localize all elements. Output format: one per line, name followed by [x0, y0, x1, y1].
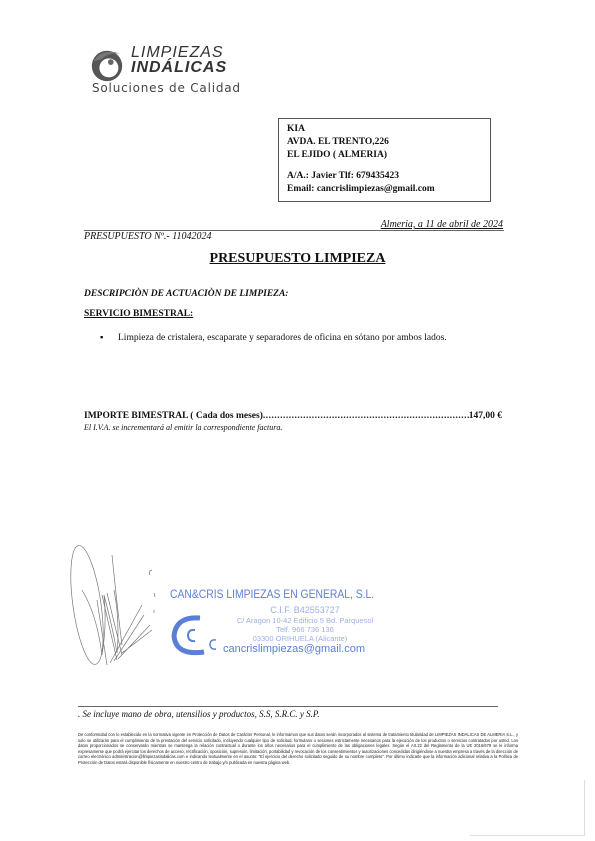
- stamp-company-name: CAN&CRIS LIMPIEZAS EN GENERAL, S.L.: [170, 589, 374, 601]
- page-title: PRESUPUESTO LIMPIEZA: [0, 251, 595, 267]
- recipient-email: Email: cancrislimpiezas@gmail.com: [287, 183, 482, 196]
- amount-value: 147,00 €: [469, 411, 502, 421]
- service-heading: SERVICIO BIMESTRAL:: [84, 309, 193, 319]
- stamp-phone: Telf. 966 736 136: [225, 625, 385, 634]
- stamp-email: cancrislimpiezas@gmail.com: [223, 643, 365, 655]
- includes-note: . Se incluye mano de obra, utensilios y …: [78, 709, 319, 719]
- swirl-logo-icon: [88, 46, 126, 84]
- amount-label: IMPORTE BIMESTRAL ( Cada dos meses): [84, 411, 263, 421]
- stamp-logo-icon: [168, 612, 223, 658]
- stamp-city: 03300 ORIHUELA (Alicante): [220, 634, 380, 643]
- list-item-text: Limpieza de cristalera, escaparate y sep…: [118, 333, 447, 343]
- divider: [78, 706, 498, 707]
- list-item: ▪Limpieza de cristalera, escaparate y se…: [100, 333, 447, 343]
- stamp-cif: C.I.F. B42553727: [225, 605, 385, 615]
- page-edge: [470, 835, 585, 836]
- bullet-icon: ▪: [100, 333, 118, 343]
- recipient-city: EL EJIDO ( ALMERIA): [287, 149, 482, 162]
- vat-note: El I.V.A. se incrementará al emitir la c…: [84, 423, 282, 432]
- signature-scribble: [62, 535, 172, 675]
- company-name-line2: INDÁLICAS: [131, 59, 227, 77]
- amount-leader-dots: ........................................…: [263, 411, 469, 421]
- recipient-street: AVDA. EL TRENTO,226: [287, 136, 482, 149]
- recipient-address-box: KIA AVDA. EL TRENTO,226 EL EJIDO ( ALMER…: [278, 118, 491, 202]
- company-tagline: Soluciones de Calidad: [92, 81, 241, 95]
- stamp-address: C/ Aragon 10-42 Edificio 5 Bd. Parquesol: [225, 616, 385, 625]
- recipient-name: KIA: [287, 123, 482, 136]
- amount-row: IMPORTE BIMESTRAL ( Cada dos meses) ....…: [84, 411, 502, 421]
- recipient-contact: A/A.: Javier Tlf: 679435423: [287, 170, 482, 183]
- page-edge: [584, 780, 585, 836]
- data-protection-notice: De conformidad con lo establecido en la …: [78, 732, 518, 765]
- document-date: Almeria, a 11 de abril de 2024: [381, 219, 503, 230]
- budget-number: PRESUPUESTO Nº.- 11042024: [84, 231, 211, 242]
- description-heading: DESCRIPCIÒN DE ACTUACIÒN DE LIMPIEZA:: [84, 289, 288, 299]
